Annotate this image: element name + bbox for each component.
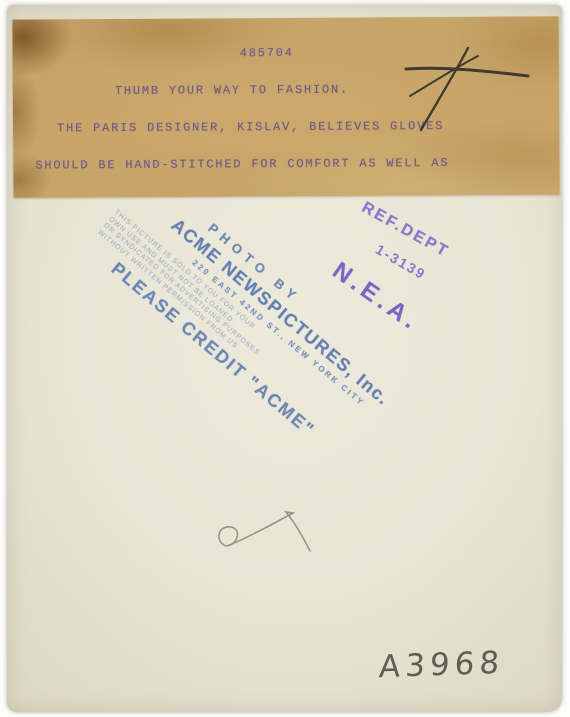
struck-word: GLOVES bbox=[390, 119, 444, 133]
stamp-fine-print-line: OR SYNDICATED FOR ADVERTISING PURPOSES bbox=[101, 222, 360, 441]
caption-line: THE PARIS DESIGNER, KISLAV, BELIEVES GLO… bbox=[57, 120, 551, 135]
acme-agency-stamp: PHOTO BY ACME NEWSPICTURES, Inc. 220 EAS… bbox=[121, 201, 406, 465]
caption-intro: THE PARIS DESIGNER, KISLAV, BELIEVES bbox=[57, 120, 390, 136]
caption-headline: THUMB YOUR WAY TO FASHION. bbox=[115, 82, 551, 97]
caption-strip: 485704 THUMB YOUR WAY TO FASHION. THE PA… bbox=[12, 16, 559, 197]
caption-line: SHOULD BE HAND-STITCHED FOR COMFORT AS W… bbox=[35, 157, 551, 173]
typewritten-caption: 485704 THUMB YOUR WAY TO FASHION. THE PA… bbox=[34, 20, 553, 197]
ref-dept-stamp: REF.DEPT bbox=[358, 199, 452, 262]
caption-line: STYLE. IN THIS "SOCIAL REGISTER" MODEL, … bbox=[36, 194, 552, 198]
press-photo-verso: PHOTO BY ACME NEWSPICTURES, Inc. 220 EAS… bbox=[7, 5, 562, 712]
serial-number: 485704 bbox=[240, 45, 551, 59]
handwritten-catalog-number: A3968 bbox=[378, 645, 505, 685]
